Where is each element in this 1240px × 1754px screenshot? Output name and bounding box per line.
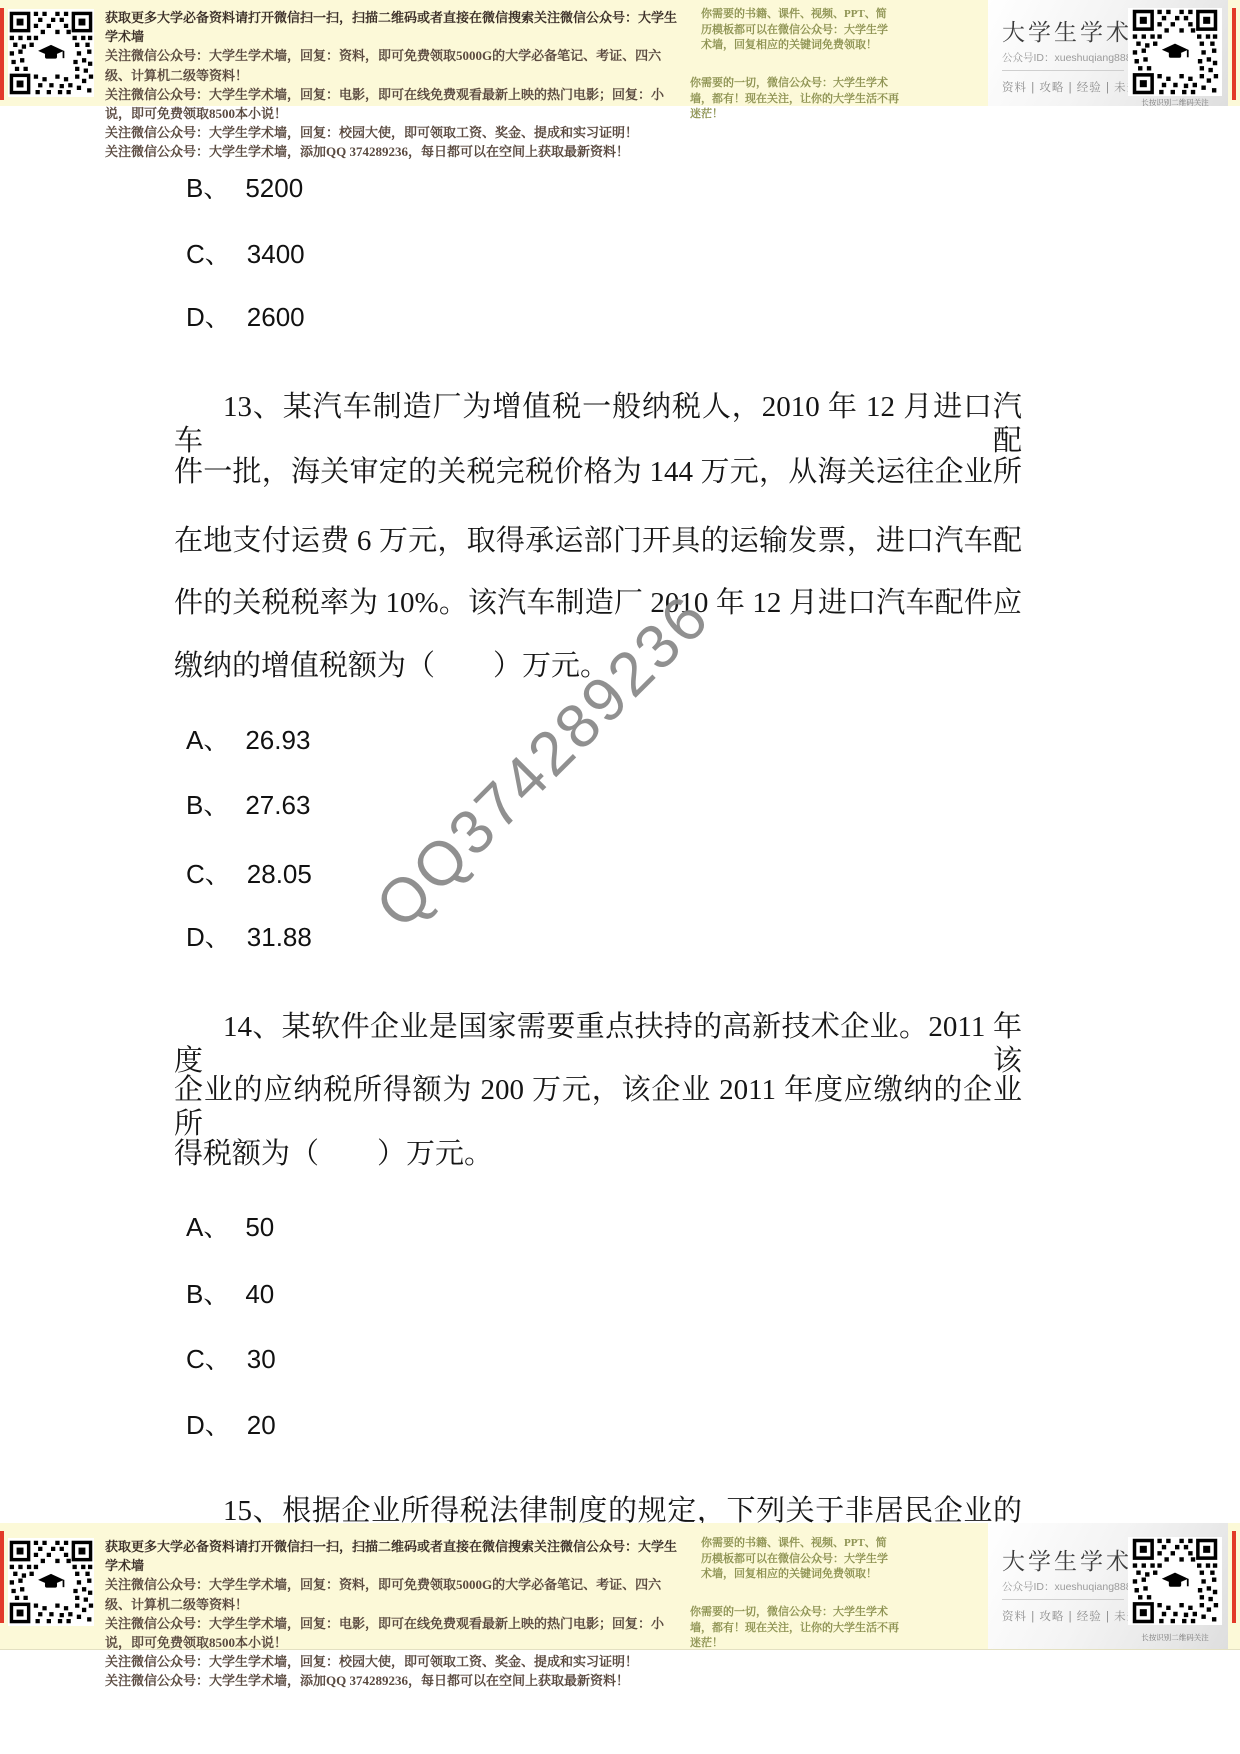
option-row: A、50 [186, 1207, 274, 1244]
document-page: 获取更多大学必备资料请打开微信扫一扫，扫描二维码或者直接在微信搜索关注微信公众号… [0, 0, 1240, 1754]
banner-promo-lines: 获取更多大学必备资料请打开微信扫一扫，扫描二维码或者直接在微信搜索关注微信公众号… [105, 1537, 683, 1691]
question-14-line: 14、某软件企业是国家需要重点扶持的高新技术企业。2011 年度该 [174, 1010, 1022, 1078]
option-row: B、5200 [186, 168, 303, 205]
option-value: 20 [247, 1410, 276, 1440]
qr-code-left [8, 9, 94, 97]
qr-scan-caption: 长按识别二维码关注 [1126, 1632, 1224, 1643]
option-value: 28.05 [247, 859, 312, 889]
option-label: B、 [186, 1279, 229, 1309]
question-14-line: 企业的应纳税所得额为 200 万元，该企业 2011 年度应缴纳的企业所 [174, 1073, 1022, 1141]
option-value: 2600 [247, 302, 305, 332]
brand-divider [1002, 70, 1124, 71]
banner-line: 关注微信公众号：大学生学术墙，回复：校园大使，即可领取工资、奖金、提成和实习证明… [105, 123, 683, 142]
qr-code-right [1128, 1537, 1222, 1625]
brand-tagline: 资料 | 攻略 | 经验 | 未来 [1002, 79, 1139, 95]
banner-line: 关注微信公众号：大学生学术墙，回复：资料，即可免费领取5000G的大学必备笔记、… [105, 46, 683, 84]
option-label: B、 [186, 790, 229, 820]
option-label: B、 [186, 173, 229, 203]
option-value: 5200 [245, 173, 303, 203]
option-row: B、40 [186, 1274, 274, 1311]
option-value: 50 [245, 1212, 274, 1242]
banner-line: 获取更多大学必备资料请打开微信扫一扫，扫描二维码或者直接在微信搜索关注微信公众号… [105, 1537, 683, 1575]
banner-line: 获取更多大学必备资料请打开微信扫一扫，扫描二维码或者直接在微信搜索关注微信公众号… [105, 8, 683, 46]
red-edge-right [1232, 8, 1236, 100]
qr-scan-caption: 长按识别二维码关注 [1126, 97, 1224, 108]
option-value: 27.63 [245, 790, 310, 820]
option-row: D、2600 [186, 297, 305, 334]
option-label: D、 [186, 922, 231, 952]
option-row: C、28.05 [186, 854, 312, 891]
banner-line: 关注微信公众号：大学生学术墙，回复：校园大使，即可领取工资、奖金、提成和实习证明… [105, 1652, 683, 1671]
option-row: B、27.63 [186, 785, 310, 822]
option-label: A、 [186, 725, 229, 755]
brand-account-id: 公众号ID：xueshuqiang8888 [1002, 1579, 1137, 1594]
option-row: D、31.88 [186, 917, 312, 954]
banner-line: 关注微信公众号：大学生学术墙，回复：电影，即可在线免费观看最新上映的热门电影；回… [105, 85, 683, 123]
red-edge-left [0, 8, 4, 100]
brand-account-id: 公众号ID：xueshuqiang8888 [1002, 50, 1137, 65]
banner-line: 关注微信公众号：大学生学术墙，回复：电影，即可在线免费观看最新上映的热门电影；回… [105, 1614, 683, 1652]
option-row: D、20 [186, 1405, 276, 1442]
option-label: A、 [186, 1212, 229, 1242]
banner-line: 关注微信公众号：大学生学术墙，回复：资料，即可免费领取5000G的大学必备笔记、… [105, 1575, 683, 1613]
promo-banner-top: 获取更多大学必备资料请打开微信扫一扫，扫描二维码或者直接在微信搜索关注微信公众号… [0, 0, 1240, 106]
banner-line: 关注微信公众号：大学生学术墙，添加QQ 374289236，每日都可以在空间上获… [105, 1671, 683, 1690]
question-14-line: 得税额为（ ）万元。 [174, 1137, 1022, 1171]
question-13-line: 件一批，海关审定的关税完税价格为 144 万元，从海关运往企业所 [174, 455, 1022, 489]
option-label: C、 [186, 239, 231, 269]
red-edge-left [0, 1531, 4, 1623]
option-label: C、 [186, 1344, 231, 1374]
banner-line: 关注微信公众号：大学生学术墙，添加QQ 374289236，每日都可以在空间上获… [105, 142, 683, 161]
promo-everything-text: 你需要的一切，微信公众号：大学生学术墙，都有！现在关注，让你的大学生活不再迷茫！ [690, 76, 908, 123]
brand-divider [1002, 1599, 1124, 1600]
promo-everything-text: 你需要的一切，微信公众号：大学生学术墙，都有！现在关注，让你的大学生活不再迷茫！ [690, 1605, 908, 1652]
question-13-line: 件的关税税率为 10%。该汽车制造厂 2010 年 12 月进口汽车配件应 [174, 586, 1022, 620]
question-13-line: 在地支付运费 6 万元，取得承运部门开具的运输发票，进口汽车配 [174, 524, 1022, 558]
question-13-line: 13、某汽车制造厂为增值税一般纳税人，2010 年 12 月进口汽车配 [174, 390, 1022, 458]
qr-code-left [8, 1538, 94, 1626]
promo-books-text: 你需要的书籍、课件、视频、PPT、简历模板都可以在微信公众号：大学生学术墙，回复… [701, 7, 897, 54]
option-value: 40 [245, 1279, 274, 1309]
red-edge-right [1232, 1531, 1236, 1623]
option-value: 31.88 [247, 922, 312, 952]
promo-banner-bottom: 获取更多大学必备资料请打开微信扫一扫，扫描二维码或者直接在微信搜索关注微信公众号… [0, 1523, 1240, 1650]
option-value: 26.93 [245, 725, 310, 755]
option-value: 30 [247, 1344, 276, 1374]
banner-promo-lines: 获取更多大学必备资料请打开微信扫一扫，扫描二维码或者直接在微信搜索关注微信公众号… [105, 8, 683, 162]
option-label: D、 [186, 1410, 231, 1440]
option-label: D、 [186, 302, 231, 332]
qr-code-right [1128, 8, 1222, 96]
brand-tagline: 资料 | 攻略 | 经验 | 未来 [1002, 1608, 1139, 1624]
option-row: A、26.93 [186, 720, 310, 757]
option-row: C、3400 [186, 234, 305, 271]
option-value: 3400 [247, 239, 305, 269]
option-row: C、30 [186, 1339, 276, 1376]
option-label: C、 [186, 859, 231, 889]
promo-books-text: 你需要的书籍、课件、视频、PPT、简历模板都可以在微信公众号：大学生学术墙，回复… [701, 1536, 897, 1583]
watermark-text: QQ374289236 [352, 570, 735, 953]
